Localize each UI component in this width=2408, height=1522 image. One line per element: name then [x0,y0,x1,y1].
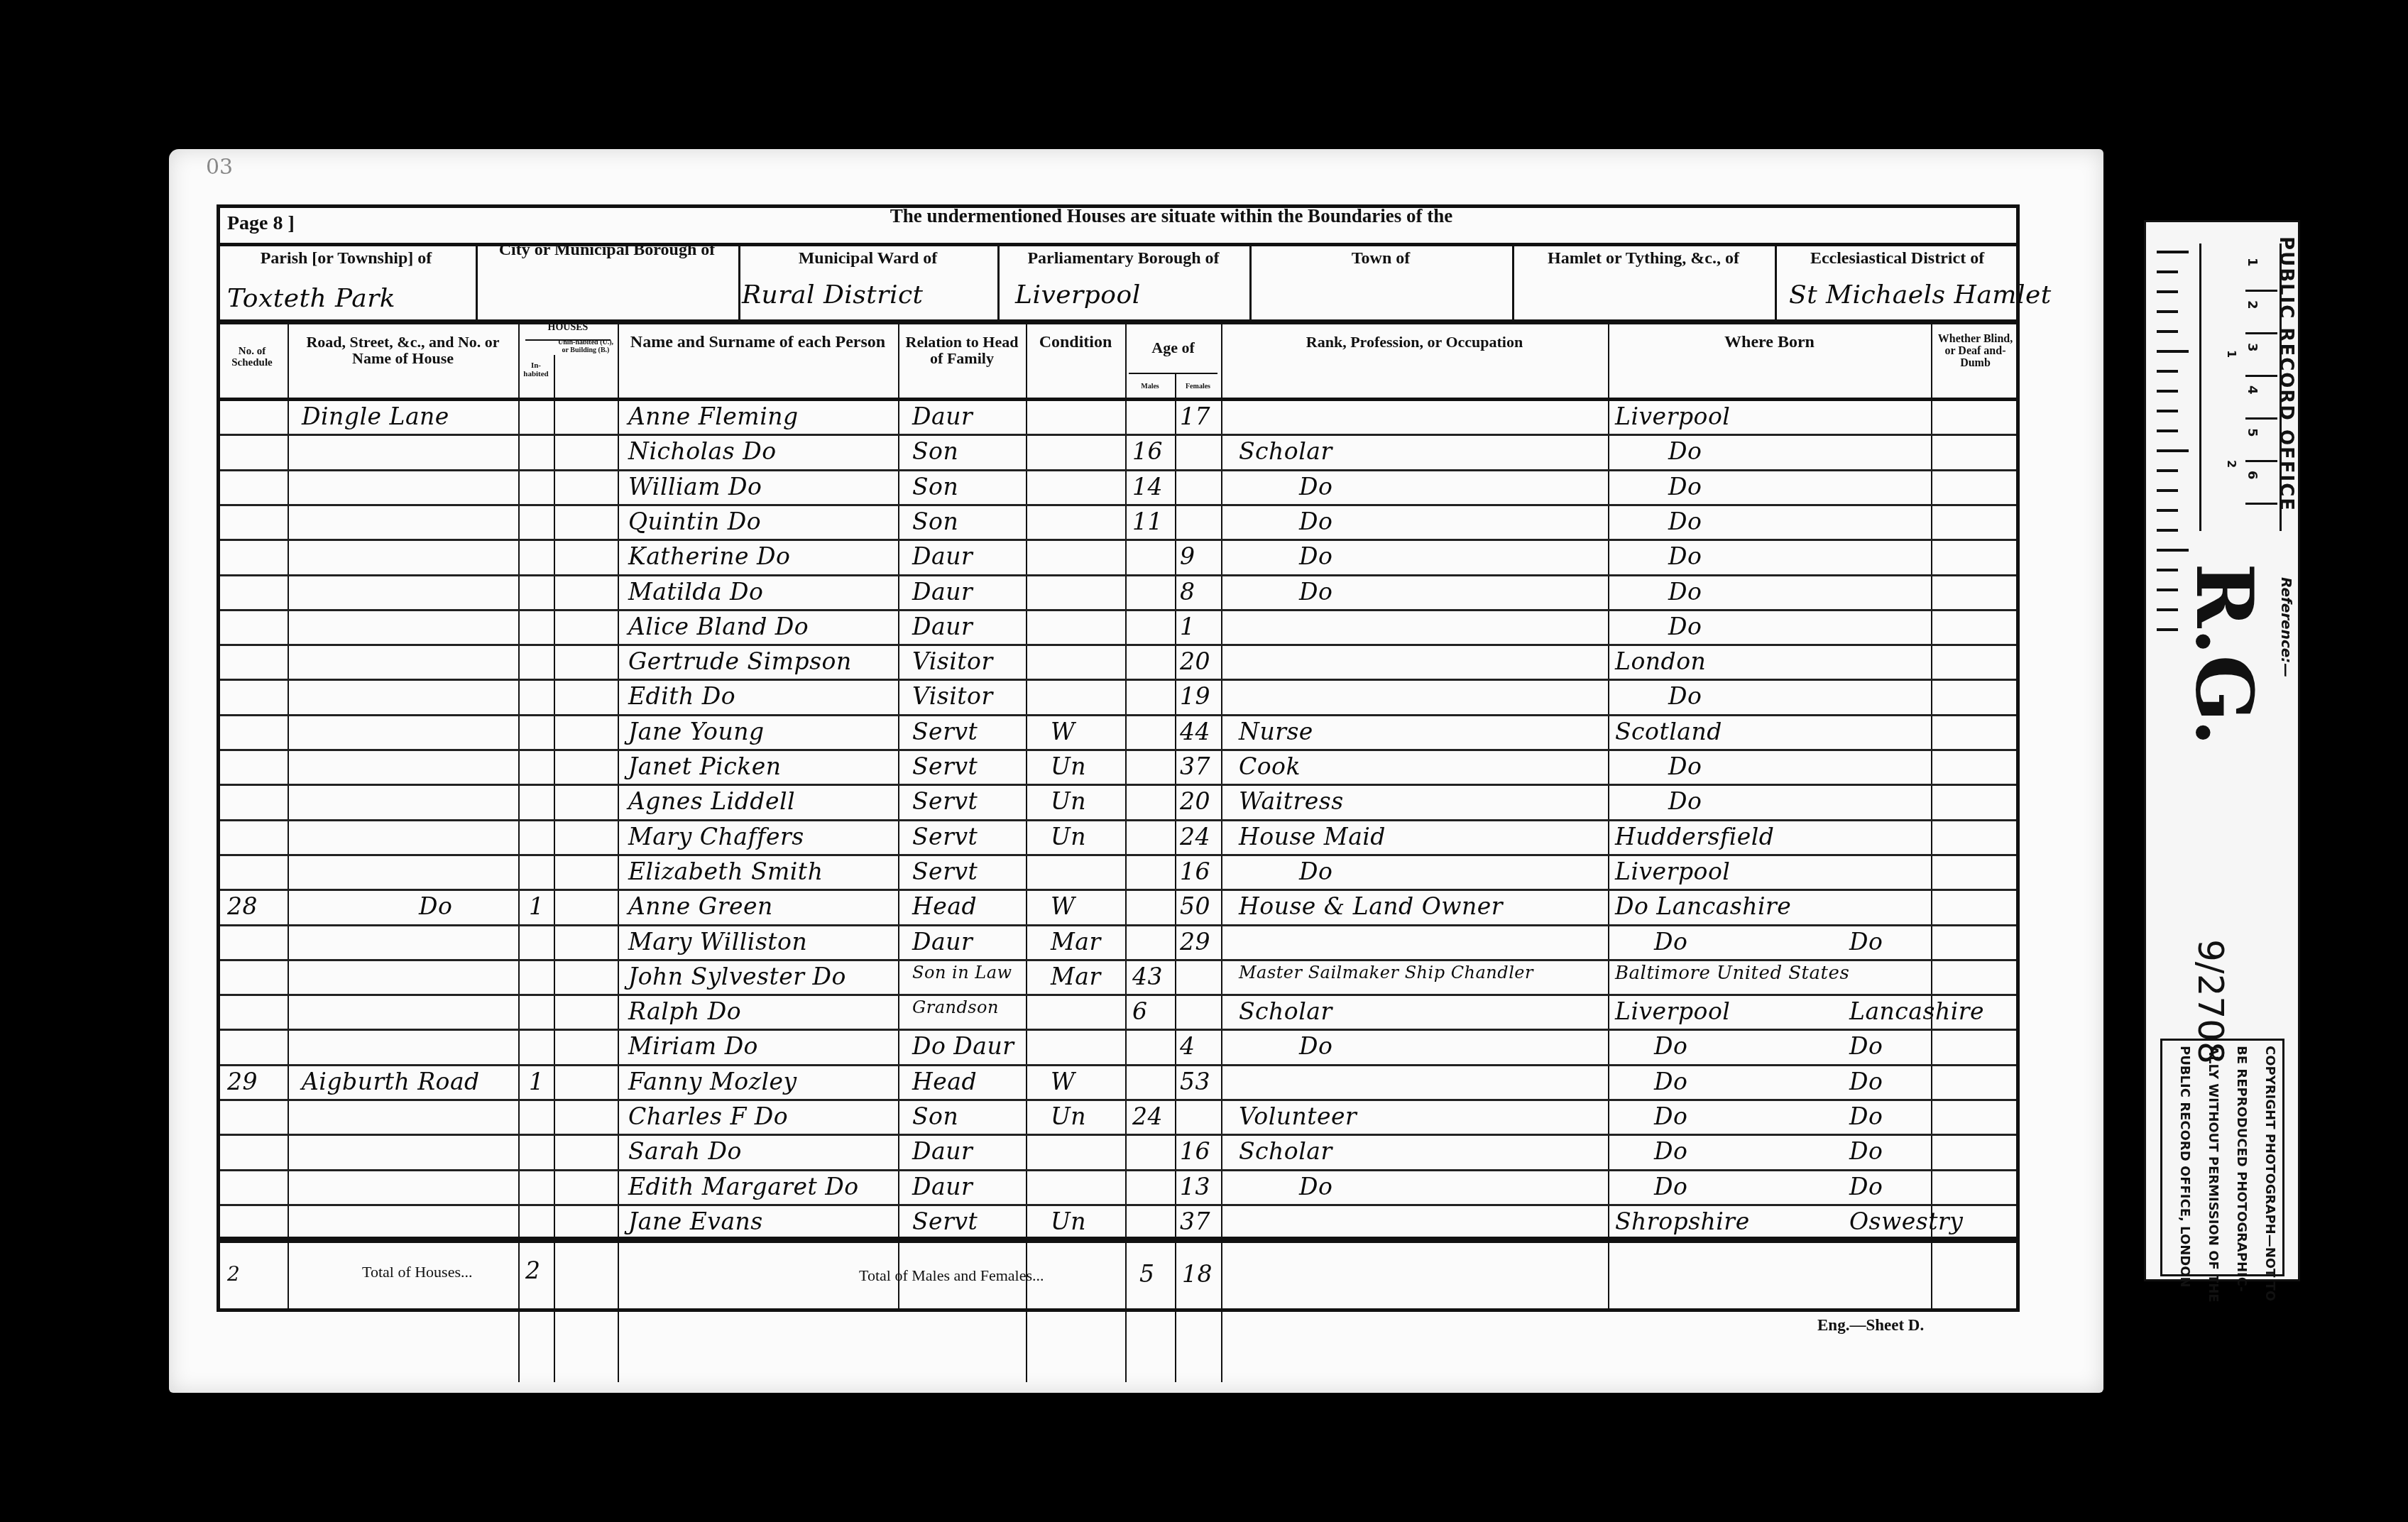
region-divider-line [997,245,1000,319]
ruler-tick [2157,290,2178,293]
birthplace: Do [1654,1102,1687,1130]
col-header-uninhabited: Unin-habited (U.), or Building (B.) [555,339,616,354]
relation-to-head: Head [912,1068,977,1095]
region-divider-line [476,245,478,319]
birthplace: Baltimore United States [1615,963,1849,984]
copyright-line: BE REPRODUCED PHOTOGRAPHIC- [2234,1046,2249,1292]
female-age: 16 [1180,858,1210,885]
female-age: 37 [1180,752,1210,780]
copyright-line: PUBLIC RECORD OFFICE, LONDON [2177,1046,2192,1288]
relation-to-head: Son [912,1102,958,1130]
person-name: Ralph Do [628,997,741,1025]
person-name: Charles F Do [628,1102,788,1130]
row-rule [220,469,2016,471]
sheet-label: Eng.—Sheet D. [1817,1317,1924,1334]
person-name: Quintin Do [628,508,761,535]
birthplace: Liverpool [1615,403,1730,430]
marital-condition: Un [1051,752,1086,780]
region-value: Toxteth Park [227,284,395,313]
person-name: Miriam Do [628,1032,758,1060]
schedule-number: 29 [227,1068,258,1095]
scale-number: 4 [2245,385,2260,395]
ruler-tick [2157,310,2178,313]
ruler-tick [2157,370,2178,373]
inhabited-count: 1 [529,1068,544,1095]
female-age: 4 [1180,1032,1195,1060]
region-label: Parliamentary Borough of [1001,250,1246,268]
female-age: 17 [1180,403,1210,430]
col-header-houses: HOUSES [518,323,618,334]
marital-condition: Un [1051,1208,1086,1235]
age-divider [1129,373,1217,374]
marital-condition: Un [1051,1102,1086,1130]
relation-to-head: Daur [912,578,973,606]
birthplace: Liverpool [1615,858,1730,885]
column-line [1175,374,1176,1382]
region-divider-line [738,245,740,319]
region-value: Rural District [742,280,924,310]
row-rule [220,784,2016,786]
scale-divider [2245,460,2277,462]
relation-to-head: Servt [912,858,978,885]
birthplace-county: Lancashire [1849,997,1984,1025]
relation-to-head: Visitor [912,682,993,710]
relation-to-head: Visitor [912,647,993,675]
scale-divider [2245,503,2277,505]
row-rule [220,609,2016,611]
person-name: Fanny Mozley [628,1068,797,1095]
row-rule [220,1134,2016,1136]
occupation: Do [1299,473,1332,500]
birthplace: London [1615,647,1706,675]
scale-number: 2 [2245,300,2260,310]
relation-to-head: Son [912,508,958,535]
female-age: 9 [1180,542,1195,570]
occupation: Do [1299,578,1332,606]
relation-to-head: Daur [912,542,973,570]
scale-divider [2245,290,2277,292]
row-rule [220,714,2016,716]
relation-to-head: Servt [912,1208,978,1235]
occupation: House Maid [1239,823,1386,850]
column-line [898,324,899,1311]
birthplace-county: Do [1849,1102,1883,1130]
region-divider-line [1512,245,1514,319]
road-name: Dingle Lane [302,403,449,430]
col-header-inhabited: In-habited [520,362,552,378]
ruler-tick [2157,410,2178,412]
birthplace-county: Do [1849,1137,1883,1165]
female-age: 44 [1180,718,1210,745]
relation-to-head: Son in Law [912,963,1012,982]
total-persons-label: Total of Males and Females... [859,1267,1044,1283]
person-name: Alice Bland Do [628,613,809,640]
relation-to-head: Servt [912,823,978,850]
person-name: Jane Young [628,718,765,745]
birthplace: Do [1668,473,1702,500]
ruler-tick [2157,549,2189,552]
col-header-females: Females [1176,383,1220,391]
birthplace-county: Do [1849,928,1883,956]
female-age: 53 [1180,1068,1210,1095]
inhabited-count: 1 [529,892,544,920]
col-header-relation: Relation to Head of Family [899,334,1024,366]
relation-to-head: Daur [912,1137,973,1165]
col-header-age: Age of [1125,339,1221,356]
region-label: Parish [or Township] of [220,250,472,268]
scale-number: 5 [2245,428,2260,437]
ruler-tick [2157,429,2178,432]
total-houses-value: 2 [525,1257,541,1284]
male-age: 43 [1132,963,1163,990]
total-females-value: 18 [1182,1260,1213,1288]
person-name: Anne Green [628,892,773,920]
marital-condition: Un [1051,823,1086,850]
scale-divider [2245,417,2277,420]
document-title: The undermentioned Houses are situate wi… [816,206,1526,226]
region-value: St Michaels Hamlet [1789,280,2052,310]
female-age: 19 [1180,682,1210,710]
birthplace: Liverpool [1615,997,1730,1025]
person-name: William Do [628,473,762,500]
col-header-males: Males [1127,383,1173,391]
female-age: 50 [1180,892,1210,920]
person-name: Mary Chaffers [628,823,804,850]
ruler-tick [2157,588,2178,591]
ruler-tick [2157,628,2178,631]
ruler-tick [2157,489,2178,492]
person-name: Gertrude Simpson [628,647,852,675]
row-rule [220,924,2016,926]
birthplace-county: Oswestry [1849,1208,1963,1235]
scale-box [2199,243,2282,531]
col-header-occupation: Rank, Profession, or Occupation [1222,334,1607,350]
person-name: Edith Do [628,682,735,710]
marital-condition: W [1051,718,1075,745]
region-value: Liverpool [1015,280,1141,310]
person-name: Jane Evans [628,1208,763,1235]
row-rule [220,749,2016,751]
row-rule [220,644,2016,646]
person-name: Elizabeth Smith [628,858,823,885]
relation-to-head: Daur [912,403,973,430]
birthplace-county: Do [1849,1068,1883,1095]
male-age: 11 [1132,508,1163,535]
totals-schedule-mark: 2 [227,1262,240,1286]
houses-divider [525,339,611,341]
inch-number: 2 [2225,460,2238,468]
occupation: Waitress [1239,787,1344,815]
person-name: Edith Margaret Do [628,1173,859,1200]
birthplace: Do [1668,787,1702,815]
column-line [1931,324,1932,1311]
birthplace: Shropshire [1615,1208,1750,1235]
occupation: Do [1299,508,1332,535]
census-table-frame [217,204,2020,1312]
birthplace: Do [1668,578,1702,606]
birthplace: Do [1668,437,1702,465]
female-age: 13 [1180,1173,1210,1200]
ruler-tick [2157,350,2189,353]
column-line [288,324,289,1311]
total-males-value: 5 [1139,1260,1155,1288]
total-houses-label: Total of Houses... [362,1264,473,1280]
relation-to-head: Servt [912,787,978,815]
region-divider-line [1249,245,1252,319]
ruler-tick [2157,569,2178,571]
reference-strip: PUBLIC RECORD OFFICE 12345612 Reference:… [2144,220,2300,1281]
ruler-tick [2157,330,2178,333]
birthplace: Do [1654,928,1687,956]
birthplace: Do [1654,1068,1687,1095]
relation-to-head: Daur [912,1173,973,1200]
birthplace: Do [1668,682,1702,710]
ruler-tick [2157,529,2178,532]
region-label: Town of [1253,250,1509,268]
relation-to-head: Do Daur [912,1032,1014,1060]
row-rule [220,504,2016,506]
row-rule [220,434,2016,436]
birthplace: Do [1668,613,1702,640]
ruler-tick [2157,270,2178,273]
ruler-tick [2157,251,2189,253]
column-line [1608,324,1609,1311]
row-rule [220,819,2016,821]
occupation: Scholar [1239,437,1332,465]
person-name: Mary Williston [628,928,807,956]
person-name: Matilda Do [628,578,763,606]
birthplace: Do [1668,508,1702,535]
row-rule [220,574,2016,576]
page-label: Page 8 ] [227,213,295,234]
row-rule [220,1099,2016,1101]
row-rule [220,679,2016,681]
birthplace: Do [1668,752,1702,780]
birthplace: Huddersfield [1615,823,1775,850]
series-code: R.G. [2179,563,2270,746]
female-age: 20 [1180,787,1210,815]
marital-condition: W [1051,892,1075,920]
birthplace-county: Do [1849,1173,1883,1200]
header-divider [217,398,2020,401]
schedule-number: 28 [227,892,258,920]
female-age: 37 [1180,1208,1210,1235]
occupation: Do [1299,542,1332,570]
marital-condition: Mar [1051,928,1101,956]
relation-to-head: Grandson [912,997,999,1017]
female-age: 1 [1180,613,1195,640]
occupation: Cook [1239,752,1301,780]
relation-to-head: Son [912,437,958,465]
female-age: 20 [1180,647,1210,675]
occupation: Do [1299,858,1332,885]
male-age: 16 [1132,437,1163,465]
road-name: Do [419,892,452,920]
copyright-line: ALLY WITHOUT PERMISSION OF THE [2206,1046,2221,1303]
occupation: Master Sailmaker Ship Chandler [1239,963,1533,982]
region-label: City or Municipal Borough of [479,241,735,259]
relation-to-head: Head [912,892,977,920]
person-name: Janet Picken [628,752,781,780]
occupation: Volunteer [1239,1102,1357,1130]
occupation: House & Land Owner [1239,892,1503,920]
birthplace: Do [1654,1032,1687,1060]
marital-condition: Mar [1051,963,1101,990]
reference-label: Reference:— [2278,577,2295,677]
female-age: 24 [1180,823,1210,850]
birthplace: Do [1654,1137,1687,1165]
row-rule [220,1169,2016,1171]
birthplace: Do Lancashire [1615,892,1791,920]
birthplace: Do [1654,1173,1687,1200]
region-label: Ecclesiastical District of [1778,250,2016,268]
ruler-tick [2157,608,2178,611]
row-rule [220,994,2016,996]
relation-to-head: Son [912,473,958,500]
ruler-tick [2157,469,2178,472]
person-name: Anne Fleming [628,403,799,430]
totals-divider [217,1237,2020,1243]
ruler-tick [2157,449,2189,452]
female-age: 16 [1180,1137,1210,1165]
occupation: Do [1299,1173,1332,1200]
scale-divider [2245,332,2277,334]
relation-to-head: Servt [912,718,978,745]
male-age: 14 [1132,473,1163,500]
region-label: Hamlet or Tything, &c., of [1516,250,1771,268]
person-name: Katherine Do [628,542,790,570]
row-rule [220,959,2016,961]
birthplace: Scotland [1615,718,1722,745]
col-header-blind: Whether Blind, or Deaf and-Dumb [1932,334,2018,369]
occupation: Scholar [1239,1137,1332,1165]
scale-number: 3 [2245,343,2260,352]
col-header-condition: Condition [1027,334,1124,351]
region-divider-line [1775,245,1777,319]
occupation: Scholar [1239,997,1332,1025]
col-header-where-born: Where Born [1609,334,1930,351]
female-age: 8 [1180,578,1195,606]
marital-condition: W [1051,1068,1075,1095]
occupation: Do [1299,1032,1332,1060]
birthplace: Do [1668,542,1702,570]
relation-to-head: Servt [912,752,978,780]
scale-number: 1 [2245,258,2260,267]
birthplace-county: Do [1849,1032,1883,1060]
person-name: Sarah Do [628,1137,742,1165]
column-line [554,355,555,1382]
person-name: Nicholas Do [628,437,777,465]
row-rule [220,889,2016,891]
ruler-tick [2157,509,2178,512]
ruler-tick [2157,390,2178,393]
male-age: 24 [1132,1102,1163,1130]
female-age: 29 [1180,928,1210,956]
person-name: Agnes Liddell [628,787,795,815]
scale-number: 6 [2245,471,2260,480]
row-rule [220,1029,2016,1031]
region-label: Municipal Ward of [742,250,994,268]
row-rule [220,1064,2016,1066]
inch-number: 1 [2225,350,2238,358]
scale-divider [2245,375,2277,377]
male-age: 6 [1132,997,1148,1025]
road-name: Aigburth Road [302,1068,480,1095]
relation-to-head: Daur [912,928,973,956]
row-rule [220,854,2016,856]
copyright-line: COPYRIGHT PHOTOGRAPH—NOT TO [2262,1046,2277,1301]
occupation: Nurse [1239,718,1313,745]
relation-to-head: Daur [912,613,973,640]
row-rule [220,539,2016,541]
region-divider [217,319,2020,324]
marital-condition: Un [1051,787,1086,815]
col-header-road: Road, Street, &c., and No. or Name of Ho… [289,334,517,366]
row-rule [220,1204,2016,1206]
person-name: John Sylvester Do [628,963,846,990]
col-header-name: Name and Surname of each Person [619,334,897,351]
col-header-schedule: No. of Schedule [218,346,286,369]
corner-mark: 03 [206,155,233,180]
